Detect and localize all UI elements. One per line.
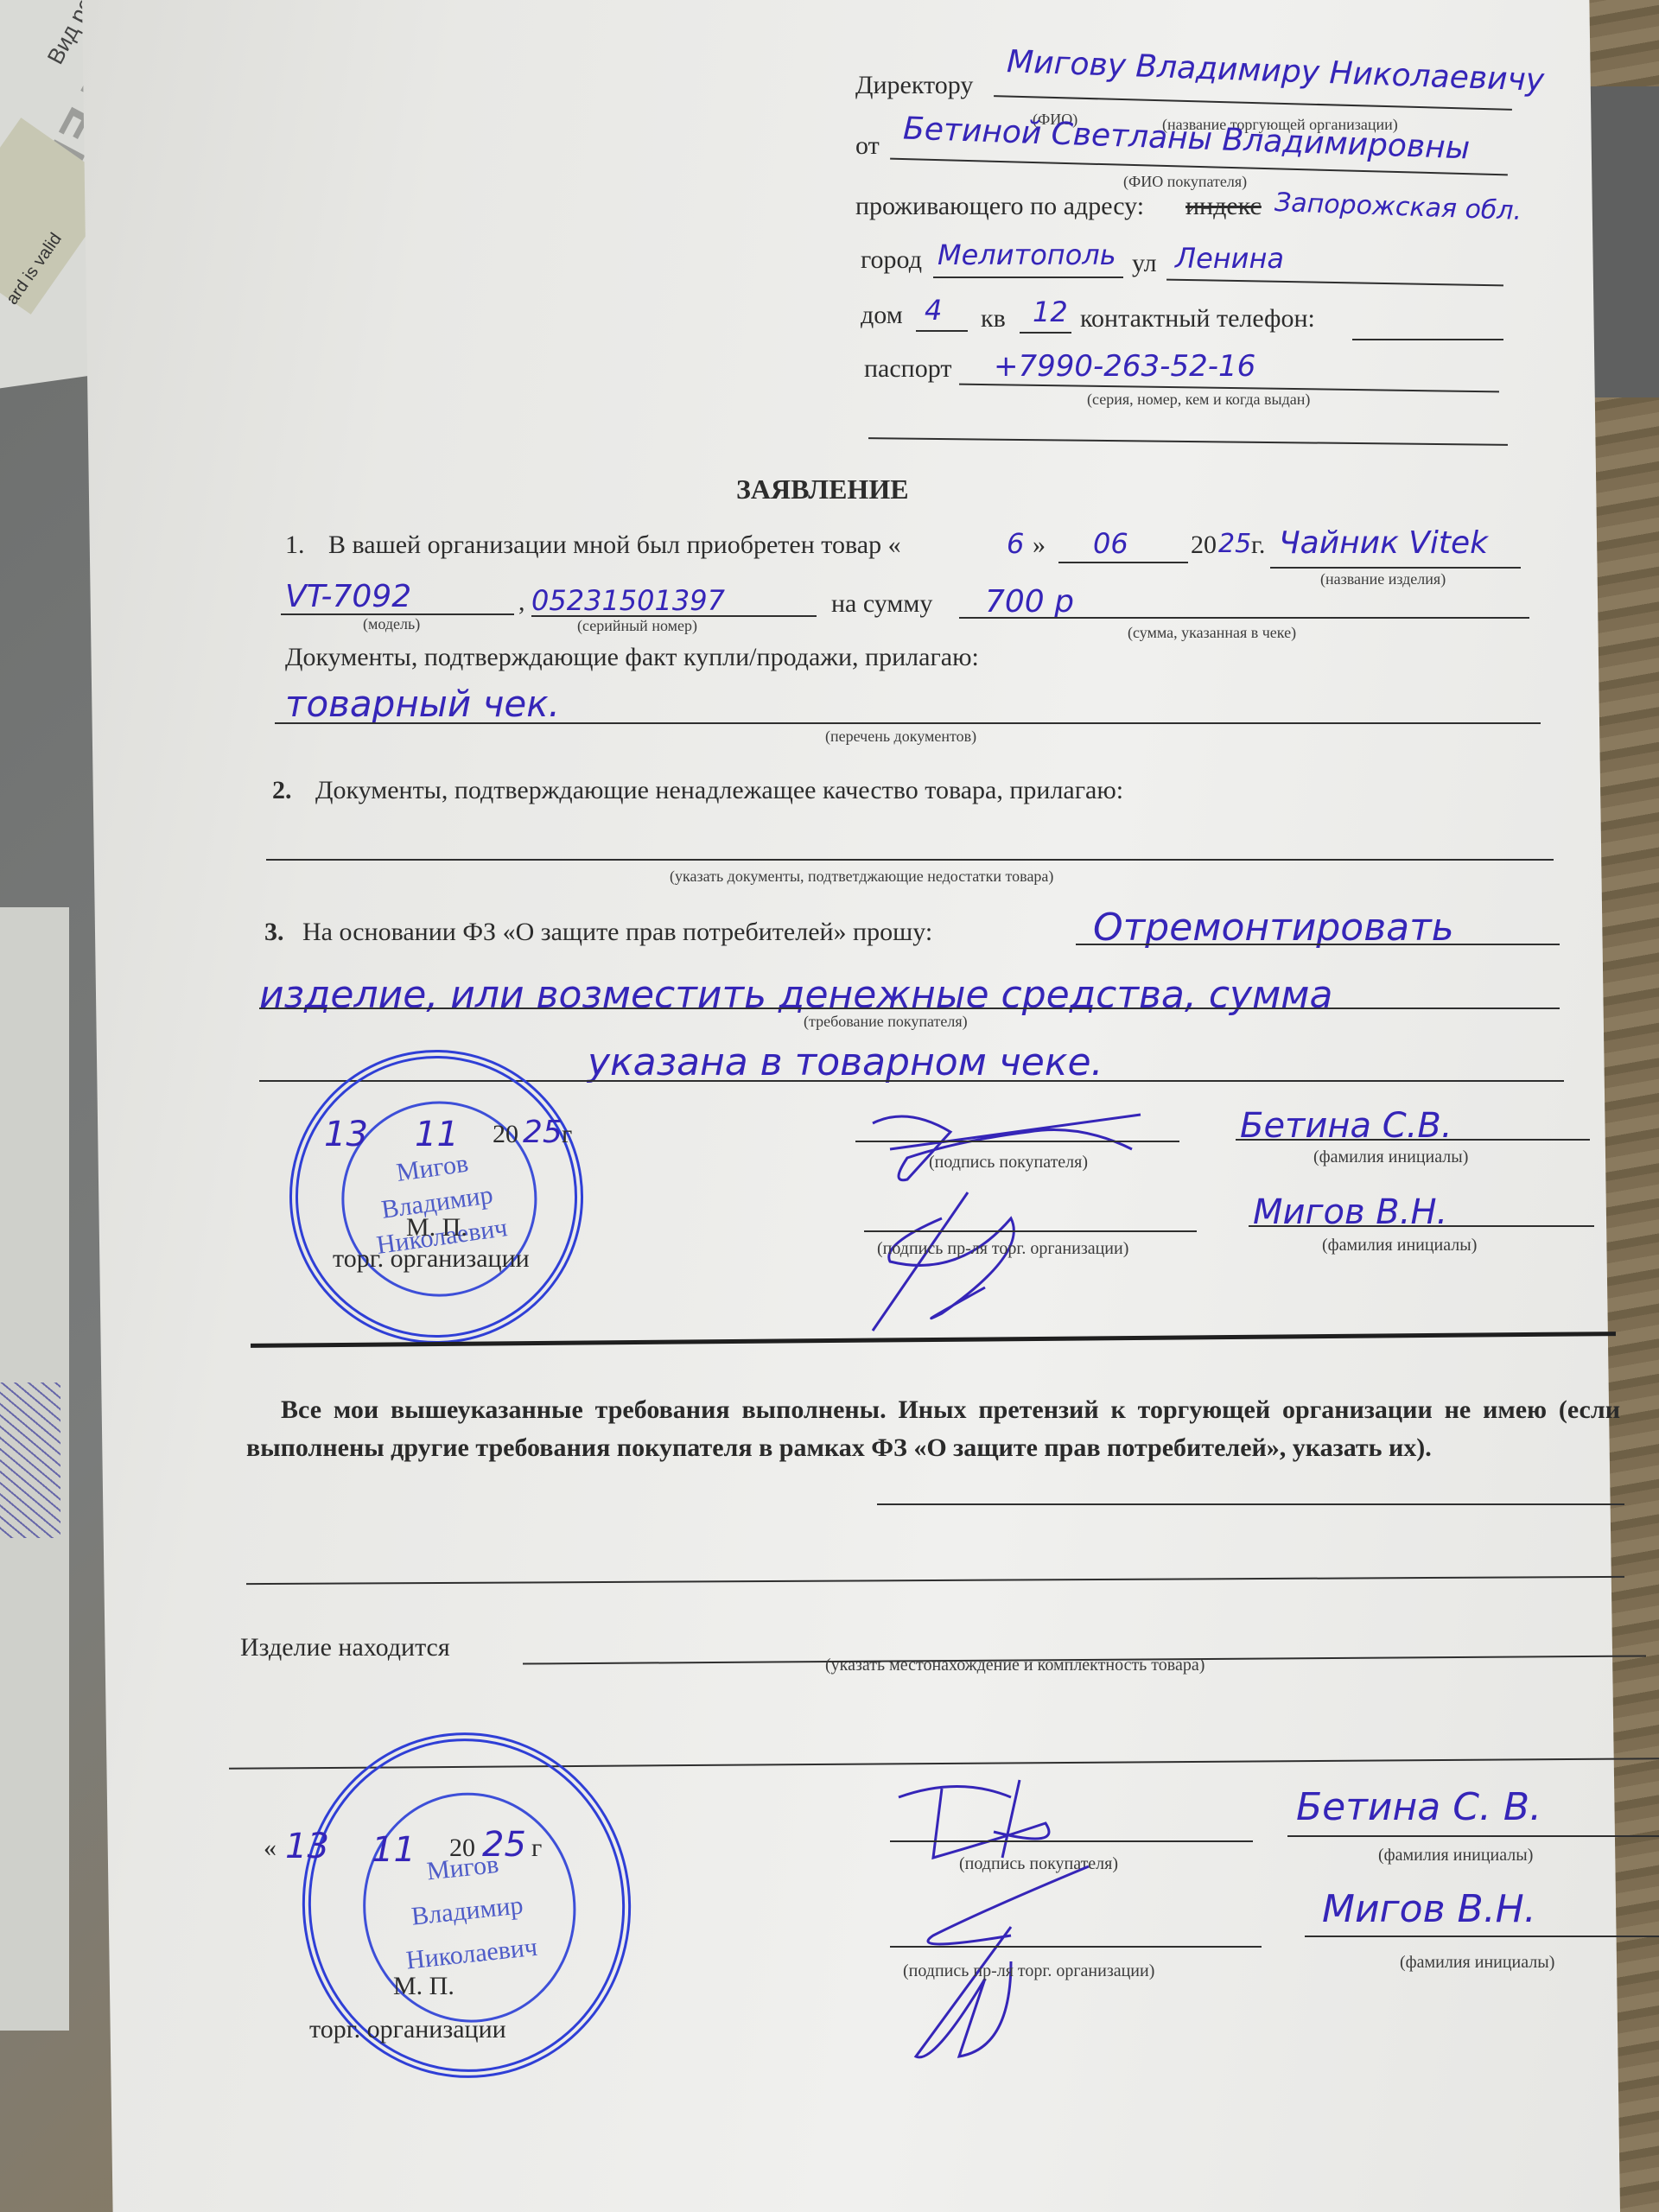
section2-number: 2. [272,776,292,805]
passport-value: +7990-263-52-16 [994,349,1255,384]
rep-sig-hint-1: (подпись пр-ля торг. организации) [877,1239,1128,1259]
from-label: от [855,131,880,161]
address-label: проживающего по адресу: [855,192,1144,221]
rep-sig-line-2 [890,1946,1262,1948]
sign2-date-open: « [264,1834,276,1863]
buyer-surname-line-1 [1236,1139,1590,1141]
rep-surname-2: Мигов В.Н. [1322,1887,1536,1931]
city-value: Мелитополь [938,238,1116,271]
flat-value: 12 [1033,296,1068,328]
phone-line [1352,339,1503,340]
sign1-year: 25 [523,1115,563,1150]
serial-number: 05231501397 [531,584,725,617]
closing-other-line [877,1503,1624,1505]
purchase-day: 6 [1007,527,1024,560]
house-label: дом [861,301,903,330]
buyer-sig-hint-1: (подпись покупателя) [929,1153,1088,1173]
sign2-mp: М. П. [393,1972,454,2001]
street-value: Ленина [1175,242,1284,275]
item-location-label: Изделие находится [240,1633,450,1662]
section3-text: На основании ФЗ «О защите прав потребите… [302,918,932,947]
docs-line [275,722,1541,724]
buyer-sig-line-1 [855,1141,1179,1142]
section2-hint: (указать документы, подтветджающие недос… [670,868,1053,886]
sign2-day: 13 [285,1827,329,1866]
city-label: город [861,245,922,275]
section2-text: Документы, подтверждающие ненадлежащее к… [315,776,1123,805]
to-director-label: Директору [855,71,973,100]
sign2-year-prefix: 20 [449,1834,475,1863]
rep-surname-line-1 [1249,1225,1594,1227]
buyer-surname-hint-1: (фамилия инициалы) [1313,1147,1468,1167]
docs-value: товарный чек. [285,683,560,725]
closing-paragraph: Все мои вышеуказанные требования выполне… [246,1391,1620,1467]
section1-text: В вашей организации мной был приобретен … [328,531,901,560]
house-line [916,330,968,332]
sign1-org: торг. организации [333,1244,530,1274]
rep-sig-line-1 [864,1230,1197,1232]
passport-hint: (серия, номер, кем и когда выдан) [1087,391,1310,409]
product-name: Чайник Vitek [1279,525,1488,561]
section1-number: 1. [285,531,305,560]
sign1-day: 13 [324,1115,368,1154]
sum-label: на сумму [831,589,932,619]
buyer-surname-line-2 [1287,1835,1659,1837]
city-line [933,276,1123,278]
request-line-2: изделие, или возместить денежные средств… [259,973,1332,1017]
section2-line [266,859,1554,861]
docs-label: Документы, подтверждающие факт купли/про… [285,643,979,672]
year-end: г. [1251,531,1265,560]
sign1-month: 11 [415,1115,459,1154]
request-line-1-rule [1076,944,1560,945]
product-line [1270,567,1521,569]
underlying-handwriting [0,1382,60,1538]
docs-hint: (перечень документов) [825,728,976,746]
sign2-year-end: г [531,1834,542,1863]
purchase-sum: 700 р [985,584,1074,620]
buyer-signature-1 [855,1097,1184,1192]
buyer-surname-hint-2: (фамилия инициалы) [1378,1846,1533,1866]
month-line [1058,562,1188,563]
model-hint: (модель) [363,615,420,633]
sign2-year: 25 [482,1825,526,1865]
sign2-org: торг. организации [309,2015,506,2044]
sign1-year-prefix: 20 [493,1120,518,1149]
purchase-year: 25 [1218,529,1251,559]
sum-line [959,617,1529,619]
item-location-hint: (указать местонахождение и комплектность… [825,1656,1205,1675]
rep-surname-hint-1: (фамилия инициалы) [1322,1236,1477,1255]
index-label: индекс [1185,192,1262,221]
sum-hint: (сумма, указанная в чеке) [1128,624,1296,642]
phone-label: контактный телефон: [1080,304,1315,334]
document-title: ЗАЯВЛЕНИЕ [736,474,909,505]
rep-signature-1 [855,1184,1115,1339]
buyer-surname-2: Бетина С. В. [1296,1785,1541,1829]
section3-hint: (требование покупателя) [804,1013,968,1031]
sign1-year-end: г [562,1120,572,1149]
buyer-sig-line-2 [890,1840,1253,1842]
passport-label: паспорт [864,354,951,384]
request-line-3: указана в товарном чеке. [588,1040,1103,1084]
rep-sig-hint-2: (подпись пр-ля торг. организации) [903,1961,1154,1981]
request-line-2-rule [259,1007,1560,1009]
flat-line [1020,332,1071,334]
flat-label: кв [981,304,1006,334]
sign2-month: 11 [372,1830,416,1870]
product-hint: (название изделия) [1320,570,1446,588]
sign1-mp: М. П. [406,1213,467,1243]
buyer-hint: (ФИО покупателя) [1123,173,1247,191]
street-label: ул [1132,249,1157,278]
product-model: VT-7092 [285,579,411,614]
section3-number: 3. [264,918,284,947]
house-value: 4 [925,294,942,327]
rep-surname-hint-2: (фамилия инициалы) [1400,1953,1554,1973]
purchase-month: 06 [1093,527,1128,560]
rep-surname-line-2 [1305,1935,1659,1937]
serial-hint: (серийный номер) [577,617,697,635]
year-prefix: 20 [1191,531,1217,560]
buyer-signature-2 [890,1771,1166,1866]
